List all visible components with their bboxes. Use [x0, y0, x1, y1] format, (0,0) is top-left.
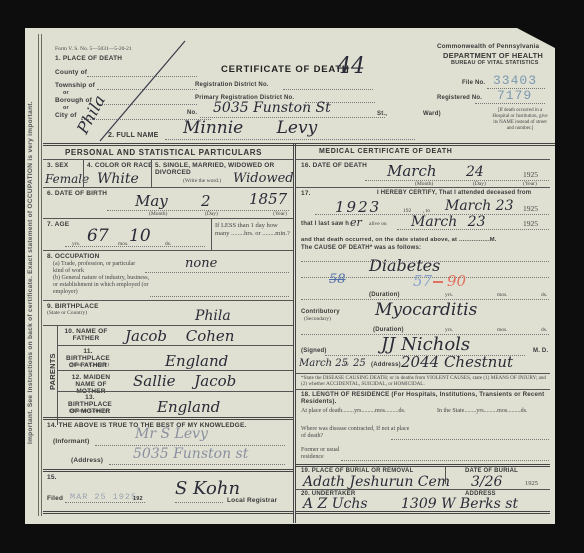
- rule: [296, 489, 550, 490]
- item-17-label: 17.: [301, 190, 311, 197]
- occupation-b-label: (b) General nature of industry, business…: [53, 275, 153, 296]
- age-months: 10: [129, 226, 151, 246]
- father-birthplace-hint: (State or Country): [69, 362, 109, 368]
- registered-no-stamp: 7179: [497, 88, 532, 103]
- margin-rule: [38, 34, 42, 516]
- rule: [43, 325, 293, 326]
- md-label: M. D.: [533, 348, 548, 354]
- marital-status-value: Widowed: [233, 171, 294, 186]
- dob-label: 6. DATE OF BIRTH: [47, 190, 107, 197]
- duration-ds-2: ds.: [541, 327, 547, 333]
- age-years: 67: [87, 226, 109, 246]
- duration-yrs-2: yrs.: [445, 327, 453, 333]
- last-saw-year: 1925: [523, 219, 538, 228]
- mother-birthplace-value: England: [157, 398, 220, 416]
- father-name-label: 10. NAME OF FATHER: [63, 328, 109, 342]
- rule: [43, 159, 293, 160]
- where-contracted-line: [391, 439, 549, 440]
- registrar-label: Local Registrar: [227, 497, 277, 504]
- signed-label: (Signed): [301, 348, 327, 354]
- color-race-label: 4. COLOR OR RACE: [87, 162, 153, 169]
- cause-code-mid: 57: [413, 272, 432, 290]
- cause-code-blue: 58: [329, 272, 346, 287]
- rule: [57, 391, 293, 392]
- informant-address-line: [109, 464, 285, 465]
- hospital-note: [If death occurred in a Hospital or Inst…: [490, 108, 550, 132]
- rule: [296, 389, 550, 390]
- registrar-line: [175, 502, 223, 503]
- signed-year: 25: [353, 358, 366, 369]
- burial-date-value: 3/26: [471, 474, 502, 490]
- rule: [296, 511, 550, 514]
- registration-district-label: Registration District No.: [195, 82, 269, 88]
- last-saw-date: March 23: [411, 214, 486, 230]
- birthplace-value: Phila: [195, 308, 231, 324]
- dod-line: [365, 180, 549, 181]
- death-occurred-text: and that death occurred, on the date sta…: [301, 237, 497, 243]
- last-saw-prefix: that I last saw h: [301, 221, 349, 227]
- occupation-label: 8. OCCUPATION: [47, 253, 100, 260]
- residence-at-place: At place of death........yrs.........mos…: [301, 408, 411, 415]
- age-line: [65, 246, 205, 247]
- attended-to-year: 1925: [523, 204, 538, 213]
- residence-in-state: In the State........yrs.........mos.....…: [437, 408, 549, 415]
- filed-year-suffix: 192: [133, 496, 143, 502]
- informant-label: (Informant): [53, 438, 90, 445]
- former-residence-label: Former or usual residence: [301, 447, 361, 461]
- or-label-2: or: [63, 105, 69, 111]
- age-mos-hint: mos.: [118, 241, 129, 247]
- rule: [43, 300, 293, 301]
- dob-month: May: [135, 192, 168, 210]
- birthplace-label: 9. BIRTHPLACE: [47, 303, 99, 310]
- where-contracted-label: Where was disease contracted, If not at …: [301, 426, 411, 440]
- commonwealth-label: Commonwealth of Pennsylvania: [437, 43, 539, 50]
- marital-hint: (Write the word.): [183, 178, 221, 184]
- bureau-label: BUREAU OF VITAL STATISTICS: [451, 60, 539, 66]
- cause-code-dash: [433, 281, 443, 283]
- filed-stamp: MAR 25 1925: [70, 492, 137, 502]
- father-name-value: Jacob Cohen: [125, 327, 234, 345]
- file-no-label: File No.: [462, 80, 485, 86]
- cause-code-red: 90: [447, 272, 466, 290]
- undertaker-address-value: 1309 W Berks st: [401, 496, 518, 512]
- item-15-label: 15.: [47, 474, 57, 481]
- physician-address-value: 2044 Chestnut: [401, 353, 513, 371]
- secondary-label: (Secondary): [304, 316, 331, 322]
- or-label-1: or: [63, 90, 69, 96]
- filed-line: [65, 502, 145, 503]
- dob-day: 2: [201, 192, 211, 210]
- rule: [296, 464, 550, 467]
- file-no-stamp: 33403: [493, 73, 537, 88]
- sex-label: 3. SEX: [47, 162, 68, 169]
- rule: [296, 159, 550, 160]
- duration-ds-1: ds.: [541, 292, 547, 298]
- rule: [43, 511, 293, 514]
- dod-month: March: [387, 162, 437, 180]
- occupation-b-line: [150, 296, 289, 297]
- physician-signature: JJ Nichols: [381, 334, 470, 355]
- full-name-line: [165, 139, 415, 140]
- dod-day: 24: [466, 164, 484, 180]
- mother-name-value: Sallie Jacob: [133, 372, 236, 390]
- color-race-value: White: [97, 171, 139, 187]
- age-ds-hint: ds.: [165, 241, 171, 247]
- city-label: City of: [55, 112, 77, 119]
- dod-label: 16. DATE OF DEATH: [301, 162, 367, 169]
- rule: [57, 370, 293, 371]
- undertaker-value: A Z Uchs: [303, 496, 368, 512]
- alive-on-label: alive on: [369, 221, 387, 227]
- father-birthplace-value: England: [165, 352, 228, 370]
- rule: [43, 218, 293, 219]
- contributory-label: Contributory: [301, 309, 340, 315]
- contributory-value: Myocarditis: [375, 300, 477, 320]
- duration-yrs-1: yrs.: [445, 292, 453, 298]
- certificate-title: CERTIFICATE OF DEATH: [221, 64, 350, 75]
- full-name-value: Minnie Levy: [183, 118, 317, 138]
- filed-label: Filed: [47, 495, 63, 502]
- attended-to: March 23: [445, 198, 514, 214]
- medical-section-title: MEDICAL CERTIFICATE OF DEATH: [319, 148, 452, 155]
- full-name-label: 2. FULL NAME: [108, 132, 159, 139]
- age-yrs-hint: yrs.: [72, 241, 80, 247]
- certify-text: I HEREBY CERTIFY, That I attended deceas…: [377, 190, 531, 196]
- occupation-value: none: [185, 256, 217, 271]
- duration-label-1: (Duration): [369, 292, 400, 298]
- st-label: St.,: [377, 111, 387, 117]
- dob-line: [107, 210, 289, 211]
- residence-label: 18. LENGTH OF RESIDENCE (For Hospitals, …: [301, 391, 549, 405]
- registration-district-value: 44: [337, 54, 365, 79]
- cause-of-death-label: The CAUSE OF DEATH* was as follows:: [301, 245, 421, 251]
- rule: [151, 159, 152, 187]
- cause-footnote: *State the DISEASE CAUSING DEATH; or in …: [301, 375, 547, 387]
- mother-birthplace-hint: (State or Country): [69, 408, 109, 414]
- occupation-a-label: (a) Trade, profession, or particular kin…: [53, 261, 143, 275]
- department-label: DEPARTMENT OF HEALTH: [443, 51, 543, 60]
- last-saw-her: er: [350, 216, 362, 229]
- registrar-signature: S Kohn: [175, 478, 240, 499]
- birthplace-hint: (State or Country): [47, 310, 87, 316]
- informant-address-label: (Address): [71, 457, 103, 464]
- dob-day-hint: (Day): [205, 211, 218, 217]
- informant-value: Mr S Levy: [135, 426, 208, 442]
- margin-instructions: Important. See Instructions on back of c…: [27, 38, 37, 508]
- informant-address-value: 5035 Funston st: [133, 446, 248, 462]
- duration-label-2: (Duration): [373, 327, 404, 333]
- rule: [57, 345, 293, 346]
- parents-label: PARENTS: [48, 353, 57, 390]
- duration-mos-2: mos.: [497, 327, 508, 333]
- burial-year: 1925: [525, 480, 538, 487]
- dob-month-hint: (Month): [149, 211, 167, 217]
- dob-year-hint: (Year): [273, 211, 287, 217]
- header-divider: [43, 143, 555, 146]
- rule: [83, 159, 84, 187]
- dob-year: 1857: [249, 190, 287, 208]
- signed-year-prefix: 19: [343, 362, 349, 368]
- death-certificate: Important. See Instructions on back of c…: [25, 28, 555, 524]
- rule: [57, 325, 58, 425]
- rule: [296, 373, 550, 374]
- rule: [43, 417, 293, 420]
- rule: [296, 187, 550, 188]
- rule: [211, 218, 212, 250]
- registered-no-line: [475, 103, 545, 104]
- signed-date: March 25: [299, 358, 348, 369]
- rule: [43, 469, 293, 472]
- registration-district-line: [283, 89, 373, 90]
- occupation-a-line: [145, 272, 289, 273]
- pen-stroke-decoration: [80, 36, 190, 146]
- street-value: 5035 Funston St: [213, 100, 331, 116]
- burial-place-value: Adath Jeshurun Cem: [303, 474, 450, 490]
- dod-year: 1925: [523, 170, 538, 179]
- rule: [43, 187, 293, 188]
- rule: [43, 250, 293, 251]
- duration-mos-1: mos.: [497, 292, 508, 298]
- former-residence-line: [341, 460, 549, 461]
- physician-address-label: (Address): [371, 362, 401, 368]
- ward-label: Ward): [423, 111, 441, 117]
- street-no-label: No.: [187, 110, 197, 116]
- registered-no-label: Registered No.: [437, 95, 482, 101]
- last-saw-line: [397, 229, 549, 230]
- age-label: 7. AGE: [47, 221, 69, 228]
- less-than-day-note: If LESS than 1 day how many ........hrs.…: [215, 222, 291, 238]
- personal-section-title: PERSONAL AND STATISTICAL PARTICULARS: [65, 148, 262, 157]
